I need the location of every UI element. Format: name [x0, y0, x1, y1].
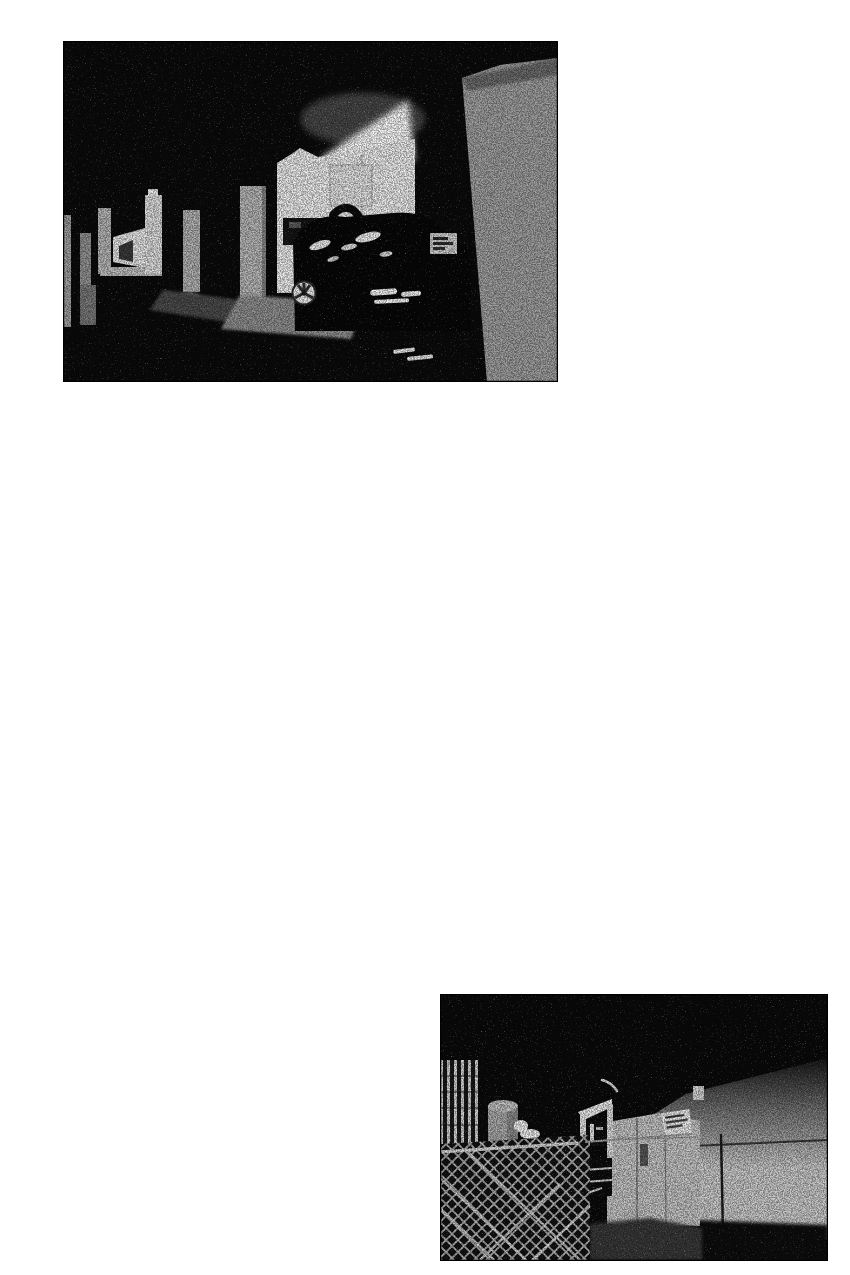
parking-garage-illustration: [63, 41, 558, 382]
fenced-yard-photo: [440, 994, 828, 1261]
fenced-yard-illustration: [440, 994, 828, 1261]
grain-overlay-black: [440, 994, 828, 1261]
parking-garage-photo: [63, 41, 558, 382]
grain-overlay-black: [63, 41, 558, 382]
scanned-document-page: [0, 0, 850, 1275]
